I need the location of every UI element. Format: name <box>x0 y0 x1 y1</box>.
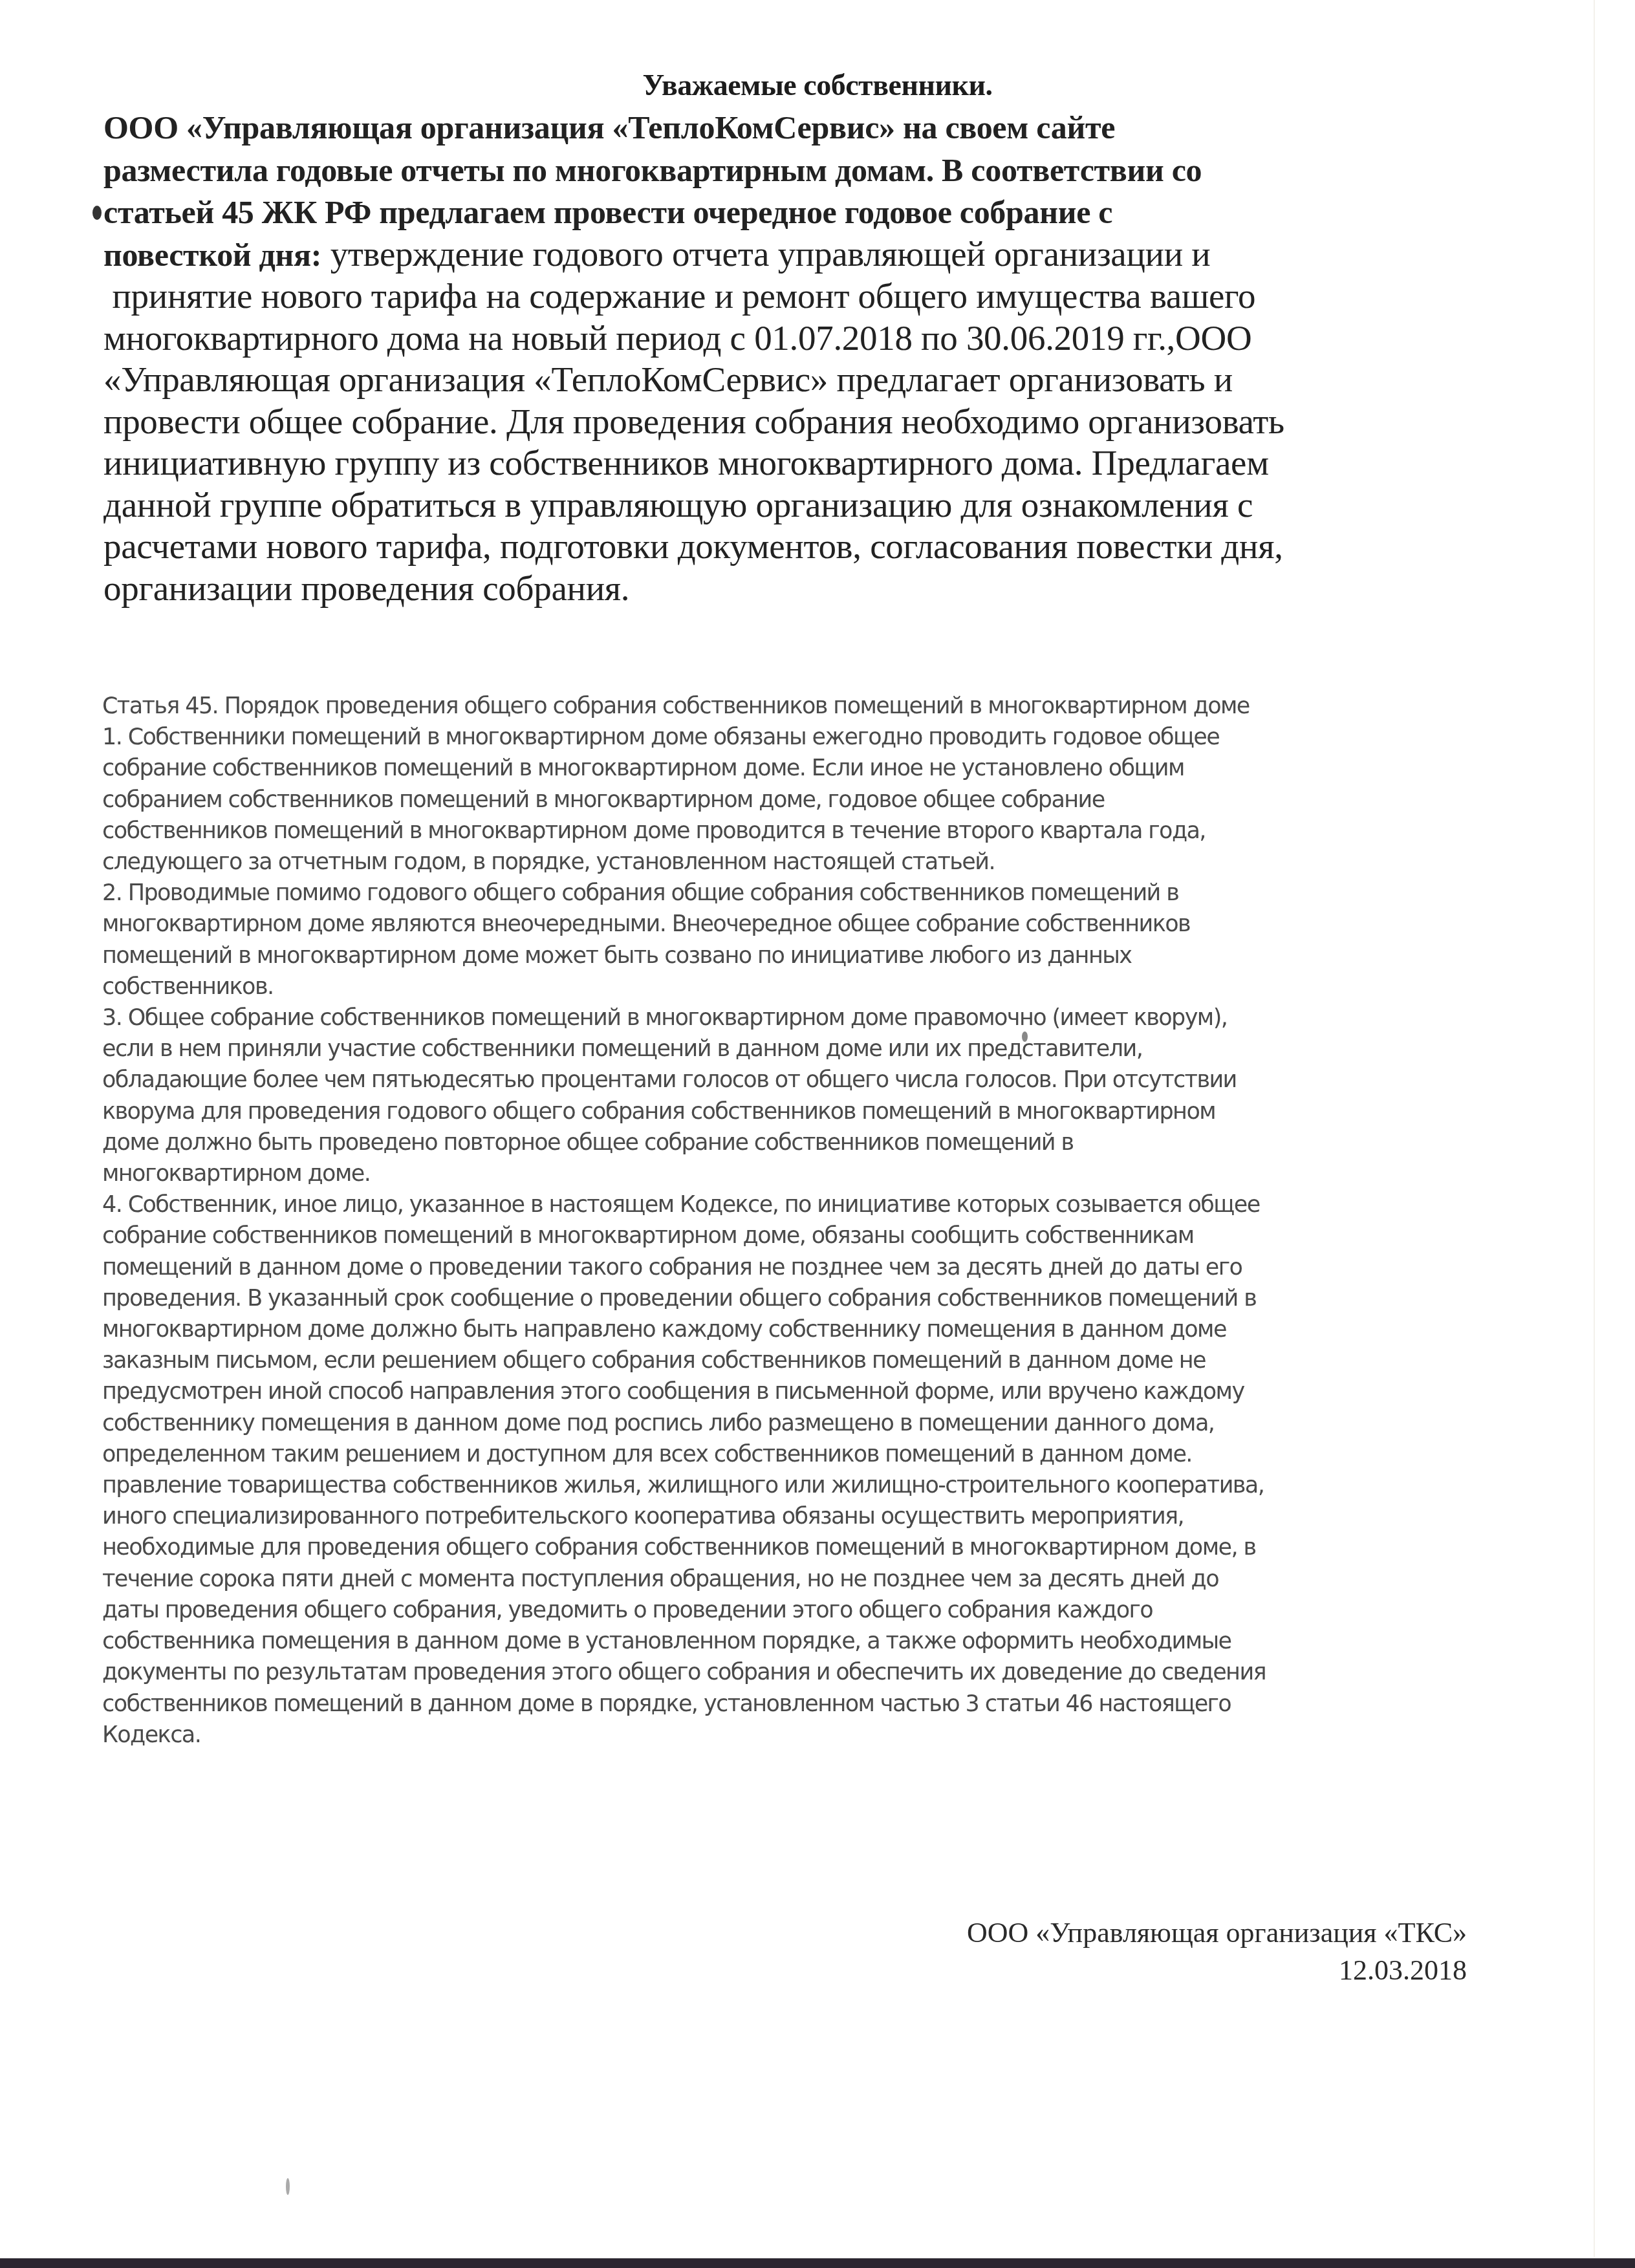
signature-date: 12.03.2018 <box>967 1952 1467 1989</box>
law-line: доме должно быть проведено повторное общ… <box>102 1127 1486 1158</box>
scan-speck <box>92 206 102 220</box>
law-line: 1. Собственники помещений в многоквартир… <box>102 722 1486 753</box>
intro-line: провести общее собрание. Для проведения … <box>103 401 1462 443</box>
intro-normal-text: многоквартирного дома на новый период с … <box>103 318 1251 358</box>
law-line: собственника помещения в данном доме в у… <box>102 1626 1486 1657</box>
scanned-page: Уважаемые собственники. ООО «Управляющая… <box>0 0 1635 2257</box>
law-line: многоквартирном доме должно быть направл… <box>102 1314 1486 1345</box>
law-line: заказным письмом, если решением общего с… <box>102 1345 1486 1376</box>
law-line: собственнику помещения в данном доме под… <box>102 1408 1486 1439</box>
scanner-edge-strip <box>0 2258 1635 2268</box>
law-line: помещений в многоквартирном доме может б… <box>102 940 1486 971</box>
intro-line: данной группе обратиться в управляющую о… <box>103 484 1462 526</box>
intro-normal-text: принятие нового тарифа на содержание и р… <box>103 276 1255 316</box>
page-fold-line <box>1594 0 1595 2257</box>
law-line: 3. Общее собрание собственников помещени… <box>102 1002 1486 1033</box>
intro-bold-text: статьей 45 ЖК РФ предлагаем провести оче… <box>103 194 1112 230</box>
intro-line: «Управляющая организация «ТеплоКомСервис… <box>103 359 1462 401</box>
intro-line: ООО «Управляющая организация «ТеплоКомСе… <box>103 106 1462 149</box>
intro-normal-text: данной группе обратиться в управляющую о… <box>103 485 1253 524</box>
law-line: Статья 45. Порядок проведения общего соб… <box>102 691 1486 722</box>
law-line: помещений в данном доме о проведении так… <box>102 1252 1486 1283</box>
intro-normal-text: расчетами нового тарифа, подготовки доку… <box>103 526 1283 566</box>
scan-speck <box>286 2178 290 2195</box>
law-line: даты проведения общего собрания, уведоми… <box>102 1595 1486 1626</box>
intro-normal-text: утверждение годового отчета управляющей … <box>321 234 1210 274</box>
intro-line: многоквартирного дома на новый период с … <box>103 318 1462 360</box>
intro-bold-text: ООО «Управляющая организация «ТеплоКомСе… <box>103 109 1115 146</box>
intro-line: принятие нового тарифа на содержание и р… <box>103 275 1462 318</box>
document-title: Уважаемые собственники. <box>0 65 1635 106</box>
law-line: обладающие более чем пятьюдесятью процен… <box>102 1064 1486 1096</box>
signature-organization: ООО «Управляющая организация «ТКС» <box>967 1914 1467 1952</box>
law-line: определенном таким решением и доступном … <box>102 1439 1486 1470</box>
law-line: собственников помещений в данном доме в … <box>102 1689 1486 1720</box>
intro-line: разместила годовые отчеты по многокварти… <box>103 149 1462 191</box>
intro-line: инициативную группу из собственников мно… <box>103 442 1462 484</box>
law-line: если в нем приняли участие собственники … <box>102 1033 1486 1064</box>
law-line: собранием собственников помещений в мног… <box>102 784 1486 815</box>
law-line: многоквартирном доме. <box>102 1158 1486 1189</box>
scan-speck <box>1022 1031 1028 1042</box>
law-line: Кодекса. <box>102 1720 1486 1751</box>
law-line: собственников помещений в многоквартирно… <box>102 815 1486 847</box>
law-article-45-text: Статья 45. Порядок проведения общего соб… <box>102 691 1486 1751</box>
law-line: многоквартирном доме являются внеочередн… <box>102 909 1486 940</box>
law-line: документы по результатам проведения этог… <box>102 1657 1486 1688</box>
intro-line: повесткой дня: утверждение годового отче… <box>103 233 1462 276</box>
law-line: 2. Проводимые помимо годового общего соб… <box>102 878 1486 909</box>
law-line: 4. Собственник, иное лицо, указанное в н… <box>102 1189 1486 1220</box>
law-line: необходимые для проведения общего собран… <box>102 1532 1486 1563</box>
intro-paragraph: ООО «Управляющая организация «ТеплоКомСе… <box>103 106 1462 609</box>
signature-block: ООО «Управляющая организация «ТКС» 12.03… <box>967 1914 1467 1989</box>
law-line: правление товарищества собственников жил… <box>102 1470 1486 1501</box>
law-line: собрание собственников помещений в много… <box>102 753 1486 784</box>
law-line: собрание собственников помещений в много… <box>102 1220 1486 1251</box>
law-line: проведения. В указанный срок сообщение о… <box>102 1283 1486 1314</box>
intro-normal-text: инициативную группу из собственников мно… <box>103 443 1269 482</box>
intro-line: расчетами нового тарифа, подготовки доку… <box>103 526 1462 568</box>
intro-line: статьей 45 ЖК РФ предлагаем провести оче… <box>103 191 1462 233</box>
law-line: предусмотрен иной способ направления это… <box>102 1376 1486 1407</box>
law-line: собственников. <box>102 971 1486 1002</box>
intro-normal-text: «Управляющая организация «ТеплоКомСервис… <box>103 360 1233 399</box>
intro-line: организации проведения собрания. <box>103 568 1462 610</box>
intro-bold-text: повесткой дня: <box>103 237 321 273</box>
law-line: следующего за отчетным годом, в порядке,… <box>102 847 1486 878</box>
law-line: кворума для проведения годового общего с… <box>102 1096 1486 1127</box>
intro-normal-text: организации проведения собрания. <box>103 568 629 608</box>
intro-normal-text: провести общее собрание. Для проведения … <box>103 402 1284 441</box>
intro-bold-text: разместила годовые отчеты по многокварти… <box>103 152 1202 188</box>
law-line: течение сорока пяти дней с момента посту… <box>102 1564 1486 1595</box>
law-line: иного специализированного потребительско… <box>102 1501 1486 1532</box>
